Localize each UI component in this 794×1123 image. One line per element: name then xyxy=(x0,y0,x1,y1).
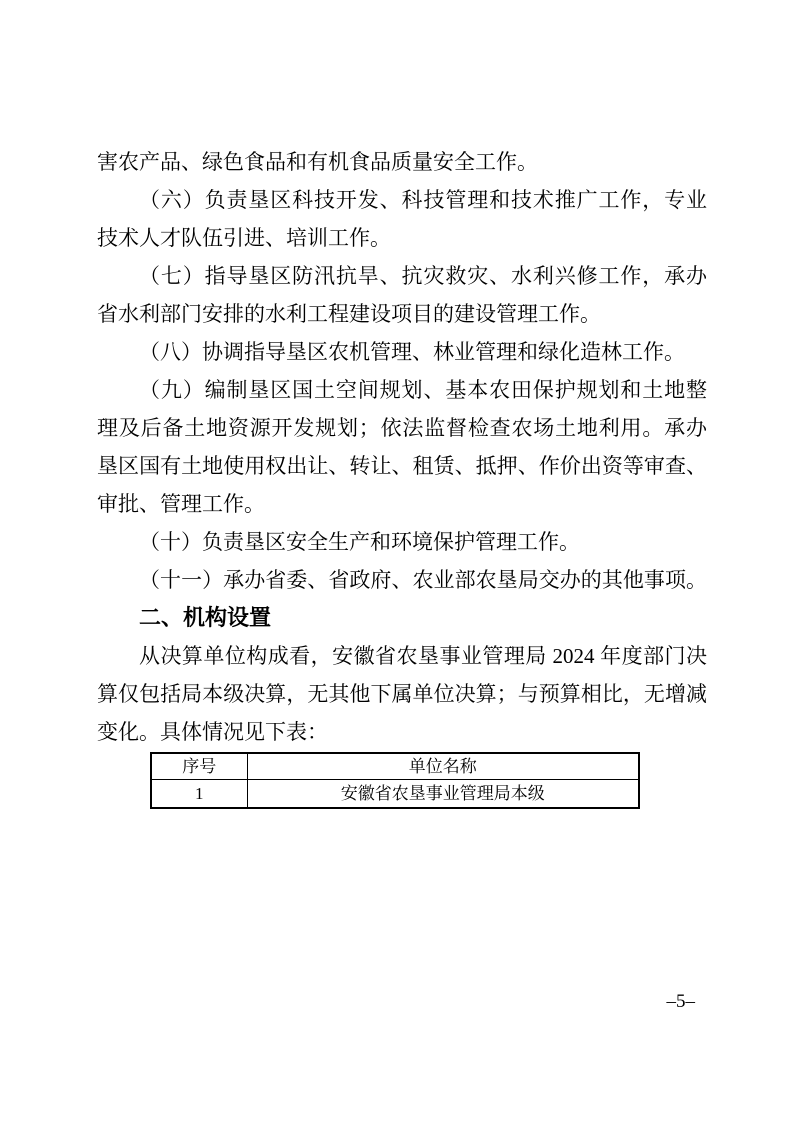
text-line: 技术人才队伍引进、培训工作。 xyxy=(97,219,707,257)
text-line: 害农产品、绿色食品和有机食品质量安全工作。 xyxy=(97,143,707,181)
text-line: （十一）承办省委、省政府、农业部农垦局交办的其他事项。 xyxy=(97,561,707,599)
text-line: 审批、管理工作。 xyxy=(97,485,707,523)
section-heading: 二、机构设置 xyxy=(97,599,707,637)
text-line: 从决算单位构成看，安徽省农垦事业管理局 2024 年度部门决 xyxy=(97,637,707,675)
text-line: 变化。具体情况见下表： xyxy=(97,713,707,751)
table-header-name: 单位名称 xyxy=(247,753,639,779)
table-cell-name: 安徽省农垦事业管理局本级 xyxy=(247,779,639,808)
text-line: 算仅包括局本级决算，无其他下属单位决算；与预算相比，无增减 xyxy=(97,675,707,713)
document-body: 害农产品、绿色食品和有机食品质量安全工作。 （六）负责垦区科技开发、科技管理和技… xyxy=(97,143,707,809)
document-page: 害农产品、绿色食品和有机食品质量安全工作。 （六）负责垦区科技开发、科技管理和技… xyxy=(0,0,794,1123)
text-line: 省水利部门安排的水利工程建设项目的建设管理工作。 xyxy=(97,295,707,333)
table-cell-index: 1 xyxy=(151,779,247,808)
text-line: （六）负责垦区科技开发、科技管理和技术推广工作，专业 xyxy=(97,181,707,219)
text-line: （九）编制垦区国土空间规划、基本农田保护规划和土地整 xyxy=(97,371,707,409)
table-header-row: 序号 单位名称 xyxy=(151,753,639,779)
text-line: （八）协调指导垦区农机管理、林业管理和绿化造林工作。 xyxy=(97,333,707,371)
text-line: 垦区国有土地使用权出让、转让、租赁、抵押、作价出资等审查、 xyxy=(97,447,707,485)
text-line: （十）负责垦区安全生产和环境保护管理工作。 xyxy=(97,523,707,561)
text-line: （七）指导垦区防汛抗旱、抗灾救灾、水利兴修工作，承办 xyxy=(97,257,707,295)
table-header-index: 序号 xyxy=(151,753,247,779)
unit-list-table: 序号 单位名称 1 安徽省农垦事业管理局本级 xyxy=(150,752,640,809)
text-line: 理及后备土地资源开发规划；依法监督检查农场土地利用。承办 xyxy=(97,409,707,447)
page-number: –5– xyxy=(667,991,696,1013)
table-row: 1 安徽省农垦事业管理局本级 xyxy=(151,779,639,808)
